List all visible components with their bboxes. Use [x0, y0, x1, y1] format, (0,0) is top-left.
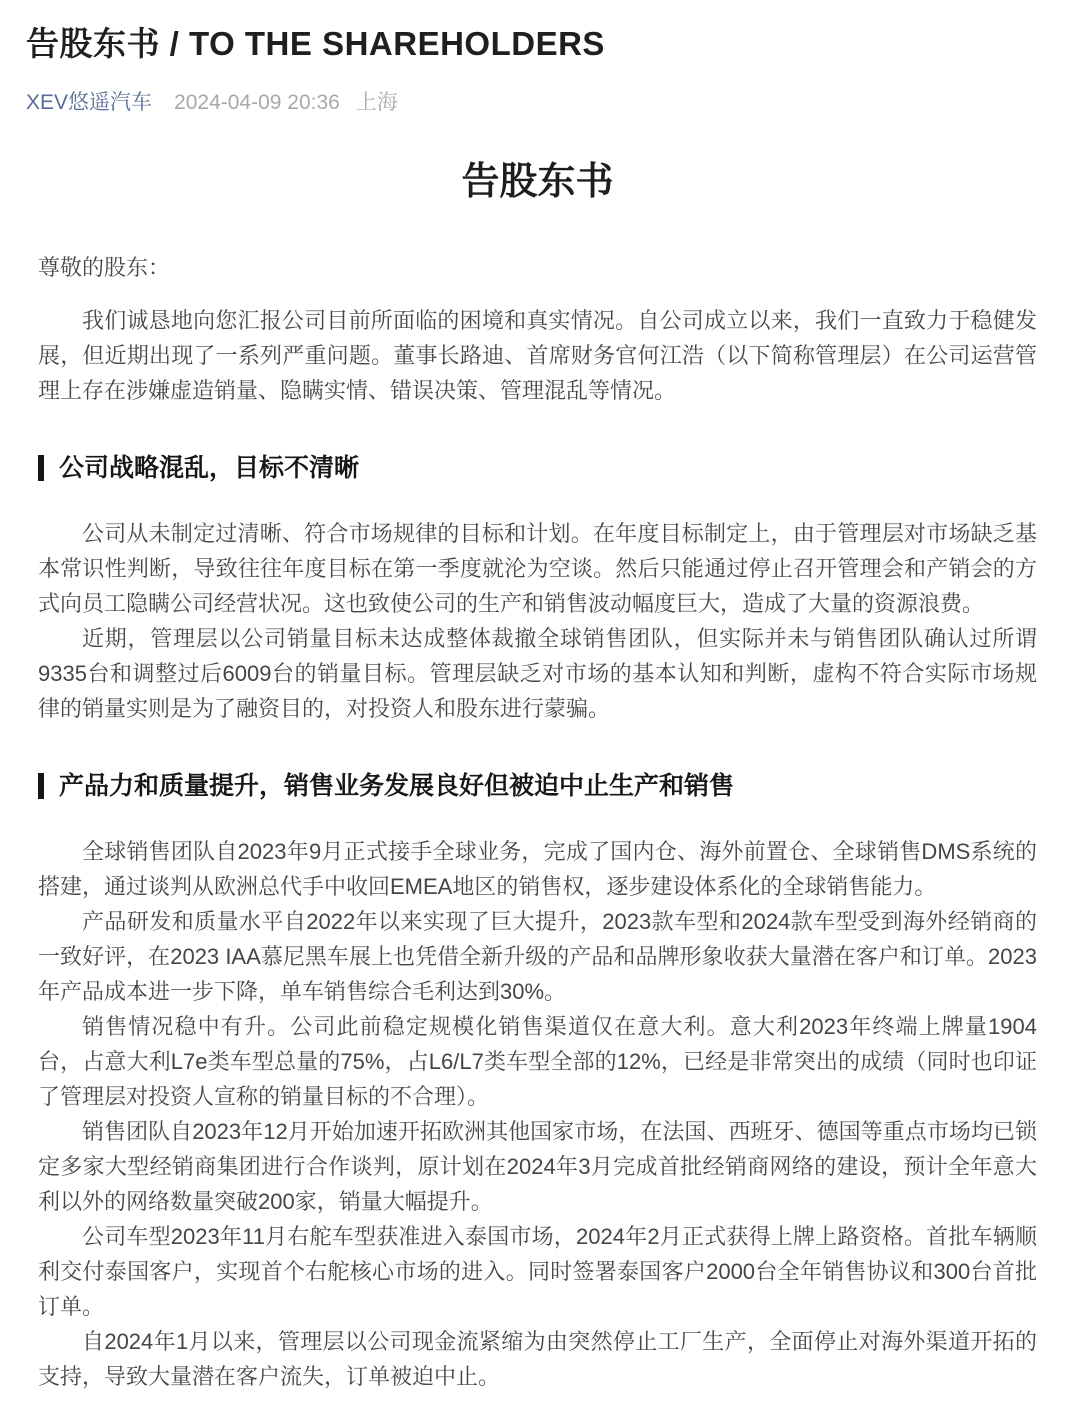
body-paragraph: 近期，管理层以公司销量目标未达成整体裁撤全球销售团队，但实际并未与销售团队确认过… [38, 621, 1037, 726]
section-heading: 产品力和质量提升，销售业务发展良好但被迫中止生产和销售 [38, 770, 1037, 802]
body-paragraph: 自2024年1月以来，管理层以公司现金流紧缩为由突然停止工厂生产，全面停止对海外… [38, 1324, 1037, 1394]
page-title: 告股东书 / TO THE SHAREHOLDERS [26, 22, 1049, 66]
article-header: 告股东书 / TO THE SHAREHOLDERS XEV悠遥汽车2024-0… [0, 14, 1075, 116]
section-strategy: 公司战略混乱，目标不清晰 公司从未制定过清晰、符合市场规律的目标和计划。在年度目… [38, 452, 1037, 726]
body-paragraph: 公司从未制定过清晰、符合市场规律的目标和计划。在年度目标制定上，由于管理层对市场… [38, 516, 1037, 621]
body-paragraph: 全球销售团队自2023年9月正式接手全球业务，完成了国内仓、海外前置仓、全球销售… [38, 834, 1037, 904]
article-title: 告股东书 [38, 158, 1037, 206]
publish-location: 上海 [356, 91, 398, 114]
body-paragraph: 销售团队自2023年12月开始加速开拓欧洲其他国家市场，在法国、西班牙、德国等重… [38, 1114, 1037, 1219]
body-paragraph: 产品研发和质量水平自2022年以来实现了巨大提升，2023款车型和2024款车型… [38, 904, 1037, 1009]
account-name-link[interactable]: XEV悠遥汽车 [26, 91, 152, 114]
salutation: 尊敬的股东： [38, 250, 1037, 285]
article-page: 告股东书 / TO THE SHAREHOLDERS XEV悠遥汽车2024-0… [0, 0, 1075, 1394]
section-body: 全球销售团队自2023年9月正式接手全球业务，完成了国内仓、海外前置仓、全球销售… [38, 834, 1037, 1394]
intro-paragraph: 我们诚恳地向您汇报公司目前所面临的困境和真实情况。自公司成立以来，我们一直致力于… [38, 303, 1037, 408]
byline: XEV悠遥汽车2024-04-09 20:36上海 [26, 90, 1049, 116]
article-body: 告股东书 尊敬的股东： 我们诚恳地向您汇报公司目前所面临的困境和真实情况。自公司… [0, 158, 1075, 1394]
section-heading-text: 产品力和质量提升，销售业务发展良好但被迫中止生产和销售 [59, 770, 734, 802]
section-body: 公司从未制定过清晰、符合市场规律的目标和计划。在年度目标制定上，由于管理层对市场… [38, 516, 1037, 726]
section-product-sales: 产品力和质量提升，销售业务发展良好但被迫中止生产和销售 全球销售团队自2023年… [38, 770, 1037, 1394]
heading-bar-icon [38, 455, 44, 481]
section-heading-text: 公司战略混乱，目标不清晰 [59, 452, 359, 484]
publish-datetime: 2024-04-09 20:36 [174, 91, 340, 114]
body-paragraph: 销售情况稳中有升。公司此前稳定规模化销售渠道仅在意大利。意大利2023年终端上牌… [38, 1009, 1037, 1114]
body-paragraph: 公司车型2023年11月右舵车型获准进入泰国市场，2024年2月正式获得上牌上路… [38, 1219, 1037, 1324]
heading-bar-icon [38, 773, 44, 799]
section-heading: 公司战略混乱，目标不清晰 [38, 452, 1037, 484]
